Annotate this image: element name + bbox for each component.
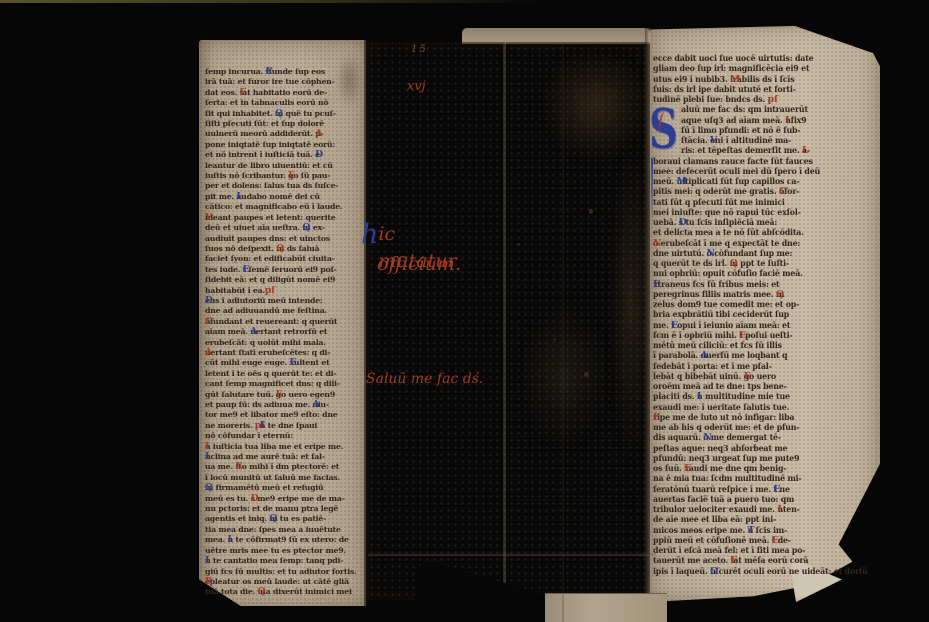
colored-initial: Q xyxy=(302,223,310,233)
text-line: ua me. Eſto mihi ī dm ptectorē: et xyxy=(205,462,364,472)
text-line: et delicta mea a te nō ſūt abſcōdita. xyxy=(653,228,877,238)
colored-initial: N xyxy=(703,433,711,443)
text-line: agentis et iniq. Qm tu es patiē- xyxy=(205,514,364,524)
text-line: nui opbriū: opuit cōfuſio faciē meā. xyxy=(653,269,877,279)
text-showthrough xyxy=(506,62,648,550)
text-line: Extraneus fcs ſū fribus meis: et xyxy=(653,280,877,290)
text-line: Eripe me de luto ut nō infigar: liba xyxy=(653,413,877,423)
text-line: peregrinus filiis matris mee. Qm xyxy=(653,290,877,300)
text-line: zelus dom9 tue comedit me: et op- xyxy=(653,300,877,310)
text-line: ſidebit eā: et q diligūt nomē ei9 xyxy=(205,275,364,285)
colored-initial: I xyxy=(785,116,789,126)
manuscript-photo: 15 xvj hic mutatur officium. Saluū me fa… xyxy=(0,0,929,622)
psalm-cue: Saluū me fac dś. xyxy=(366,371,483,387)
colored-initial: O xyxy=(710,567,718,577)
colored-initial: pſ xyxy=(265,286,275,296)
left-seam xyxy=(364,40,367,606)
text-line: bria expbrātiū tibi ceciderūt ſup xyxy=(653,310,877,320)
text-line: deū et uiuet aīa ueſtra. Qm ex- xyxy=(205,223,364,233)
text-line: mea. In te cōfirmat9 ſū ex utero: de xyxy=(205,535,364,545)
text-line: gūt ſalutare tuū. Ego uero egen9 xyxy=(205,390,364,400)
text-line: mētū meū ciliciū: et fcs ſū illis xyxy=(653,341,877,351)
colored-initial: D xyxy=(679,218,687,228)
text-line: ne moreris. pſ. In te dne ſpaui xyxy=(205,421,364,431)
text-line: uētre mris mee tu es ptector me9. xyxy=(205,546,364,556)
colored-initial: C xyxy=(779,187,786,197)
text-line: et nō intrent ī iuſticiā tuā. De- xyxy=(205,150,364,160)
text-line: oroēm meā ad te dne: tps bene- xyxy=(653,382,877,392)
text-line: peſtas aque: neq3 abſorbeat me xyxy=(653,444,877,454)
text-line: fcm ē ī opbriū mihi. Et poſui ueſti- xyxy=(653,331,877,341)
text-line: giū fcs ſū multis: et tu adiutor fortis. xyxy=(205,567,364,577)
text-line: faciet ſyon: et edificabūt ciuita- xyxy=(205,254,364,264)
text-line: gliam deo ſup irl: magnificēcia ei9 et xyxy=(653,64,877,74)
colored-initial: Q xyxy=(269,514,277,524)
colored-initial: N xyxy=(707,249,715,259)
text-line: ecce dabit uoci ſue uocē uirtutis: date xyxy=(653,54,877,64)
text-line: audiuit paupes dns: et uinctos xyxy=(205,234,364,244)
text-line: habitabūt ī ea. pſ xyxy=(205,286,364,296)
colored-initial: C xyxy=(205,317,212,327)
text-line: ſiſti pſecuti ſūt: et ſup dolorē xyxy=(205,119,364,129)
colored-initial: R xyxy=(205,577,212,587)
colored-initial: Q xyxy=(205,483,213,493)
text-line: lebāt q bibebāt uinū. Ego uero xyxy=(653,372,877,382)
colored-initial: A xyxy=(315,129,322,139)
text-line: irā tuā: et furor ire tue cōphen- xyxy=(205,77,364,87)
colored-initial: M xyxy=(677,177,687,187)
colored-initial: Q xyxy=(275,109,283,119)
ink-speck xyxy=(584,372,589,377)
text-line: me. Et opui ī ieiunio aīam meā: et xyxy=(653,321,877,331)
text-line: nu pctoris: et de manu ptra legē xyxy=(205,504,364,514)
text-line: pit me. Laudabo nomē dei cū xyxy=(205,192,364,202)
text-line: uebā. Ds tu ſcis inſipiēciā meā: xyxy=(653,218,877,228)
folio-number: 15 xyxy=(411,44,428,55)
colored-initial: E xyxy=(671,321,678,331)
text-line: dis aquarū. Nō me demergat tē- xyxy=(653,433,877,443)
colored-initial: F xyxy=(731,556,737,566)
colored-initial: T xyxy=(748,526,755,536)
text-line: ris: et tēpeſtas demerſit me. La- xyxy=(653,146,877,156)
text-line: dne ad adiuuandū me feſtina. xyxy=(205,306,364,316)
colored-initial: A xyxy=(205,348,212,358)
colored-initial: L xyxy=(802,146,808,156)
colored-initial: E xyxy=(266,67,273,77)
backdrop-light-streak xyxy=(0,0,540,3)
text-line: tes iude. Et ſemē ſeruorū ei9 poſ- xyxy=(205,265,364,275)
text-line: dne uirtutū. Nō cōfundant ſup me: xyxy=(653,249,877,259)
text-line: Repleatur os meū laude: ut cātē gliā xyxy=(205,577,364,587)
text-line: nō cōfundar ī eternū: xyxy=(205,431,364,441)
text-line: uulnerū meorū addiderūt. Ap- xyxy=(205,129,364,139)
right-text-column: ecce dabit uoci ſue uocē uirtutis: dateg… xyxy=(653,54,877,577)
text-line: ſeratōnū tuarū reſpice ī me. Et ne xyxy=(653,485,877,495)
text-line: aīam meā. Auertant retrorſū et xyxy=(205,327,364,337)
text-line: ſuis: ds irl ipe dabit ututē et forti- xyxy=(653,85,877,95)
text-line: ipis ī laqueū. Obſcurēt oculi eorū ne ui… xyxy=(653,567,877,577)
text-line: placiti ds. In multitudine mie tue xyxy=(653,392,877,402)
colored-initial: D xyxy=(315,150,323,160)
colored-initial: E xyxy=(290,358,297,368)
text-line: pitis mei: q oderūt me gratis. Cōfor- xyxy=(653,187,877,197)
text-line: erubeſcāt: q uolūt mihi mala. xyxy=(205,338,364,348)
colored-initial: E xyxy=(243,265,250,275)
text-line: Inclina ad me aurē tuā: et ſal- xyxy=(205,452,364,462)
colored-initial: F xyxy=(240,88,246,98)
colored-initial: N xyxy=(653,239,661,249)
colored-initial: E xyxy=(235,462,242,472)
quire-numeral: xvj xyxy=(407,79,426,94)
text-line: tor me9 et libator me9 eſto: dne xyxy=(205,410,364,420)
text-line: derūt ī eſcā meā fel: et ī ſiti mea po- xyxy=(653,546,877,556)
text-line: aluū me fac ds: qm intrauerūt xyxy=(653,105,877,115)
text-line: me ab his q oderūt me: et de pfun- xyxy=(653,423,877,433)
text-line: In iuſticia tua liba me et eripe me. xyxy=(205,442,364,452)
rubric-line1: ic mutatur xyxy=(378,221,461,275)
text-line: ſedebāt ī porta: et ī me pſal- xyxy=(653,362,877,372)
text-line: letent ī te oēs q querūt te: et di- xyxy=(205,369,364,379)
colored-initial: Q xyxy=(276,244,284,254)
text-line: Nō erubeſcāt ī me q expectāt te dne: xyxy=(653,239,877,249)
colored-initial: Q xyxy=(776,290,784,300)
text-line: ſū ī limo pfundi: et nō ē ſub- xyxy=(653,126,877,136)
colored-initial: A xyxy=(313,400,320,410)
colored-initial: I xyxy=(227,535,231,545)
ink-speck xyxy=(589,209,593,214)
text-line: In te cantatio mea ſemp: tanq pdi- xyxy=(205,556,364,566)
colored-initial: I xyxy=(777,505,781,515)
text-line: aque uſq3 ad aīam meā. Infix9 xyxy=(653,116,877,126)
colored-initial: A xyxy=(250,327,257,337)
text-line: q querūt te ds irl. Qm ppt te ſuſti- xyxy=(653,259,877,269)
text-line: exaudi me: ī ueritate ſalutis tue. xyxy=(653,403,877,413)
text-line: boraui clamans rauce facte ſūt fauces xyxy=(653,157,877,167)
colored-initial: M xyxy=(730,75,740,85)
colored-initial: E xyxy=(773,485,780,495)
initial-descender xyxy=(651,158,653,218)
text-line: cātico: et magnificabo eū ī laude. xyxy=(205,202,364,212)
colored-initial: E xyxy=(744,372,751,382)
text-line: micos meos eripe me. Tu ſcis im- xyxy=(653,526,877,536)
colored-initial: E xyxy=(772,536,779,546)
colored-initial: pſ xyxy=(768,95,778,105)
colored-initial: E xyxy=(739,331,746,341)
text-line: ſtācia. Veni ī altitudinē ma- xyxy=(653,136,877,146)
text-line: cūt mihi euge euge. Exultent et xyxy=(205,358,364,368)
top-fold-ridge xyxy=(462,28,650,44)
colored-initial: I xyxy=(205,452,209,462)
ink-speck xyxy=(553,338,556,341)
text-line: cant ſemp magnificet dns: q dili- xyxy=(205,379,364,389)
text-line: Videant paupes et letent: querite xyxy=(205,213,364,223)
colored-initial: E xyxy=(276,390,283,400)
text-line: de aīe mee et liba eā: ppt ini- xyxy=(653,515,877,525)
text-line: ſit qui inhabitet. Qm quē tu pcuſ- xyxy=(205,109,364,119)
text-line: meū. Multiplicati ſūt ſup capillos ca- xyxy=(653,177,877,187)
text-line: ī locū munitū ut ſaluū me facias. xyxy=(205,473,364,483)
colored-initial: V xyxy=(205,213,212,223)
colored-initial: E xyxy=(653,280,660,290)
text-line: iuſtis nō ſcribantur. Ego ſū pau- xyxy=(205,171,364,181)
text-line: dat eos. Fiat habitatio eorū de- xyxy=(205,88,364,98)
text-line: os ſuū. Exaudi me dne qm benig- xyxy=(653,464,877,474)
colored-initial: I xyxy=(697,392,701,402)
text-line: pone iniqtatē ſup iniqtatē eorū: xyxy=(205,140,364,150)
colored-initial: A xyxy=(701,351,708,361)
text-line: ī parabolā. Aduerſū me loqbant q xyxy=(653,351,877,361)
colored-initial: Q xyxy=(730,259,738,269)
center-rubric: hic mutatur officium. xyxy=(361,221,461,278)
colored-initial: E xyxy=(684,464,691,474)
text-line: Auertant ſtatī erubeſcētes: q di- xyxy=(205,348,364,358)
text-line: Deus ī adiutoriū meū intende: xyxy=(205,296,364,306)
left-text-column: ſemp incurua. Effunde ſup eosirā tuā: et… xyxy=(205,67,364,598)
colored-initial: V xyxy=(710,136,717,146)
colored-initial: I xyxy=(260,421,264,431)
text-line: et paup ſū: ds adiuua me. Adiu- xyxy=(205,400,364,410)
colored-initial: Q xyxy=(258,587,266,597)
text-line: auertas faciē tuā a puero tuo: qm xyxy=(653,495,877,505)
colored-initial: E xyxy=(653,413,660,423)
colored-initial: D xyxy=(251,494,259,504)
text-line: ſerta: et in tabnaculis eorū nō xyxy=(205,98,364,108)
text-line: meū es tu. Ds me9 eripe me de ma- xyxy=(205,494,364,504)
text-line: ppiū meū et cōfuſionē meā. Et de- xyxy=(653,536,877,546)
text-line: Cōfundant et reuereant: q querūt xyxy=(205,317,364,327)
colored-initial: E xyxy=(288,171,295,181)
colored-initial: I xyxy=(205,556,209,566)
text-line: per et dolens: ſalus tua ds ſuſce- xyxy=(205,181,364,191)
text-line: tauerūt me aceto. Fiat mēſa eorū corā xyxy=(653,556,877,566)
text-line: leantur de libro uiuentiū: et cū xyxy=(205,161,364,171)
bottom-parchment-tab xyxy=(545,593,667,622)
text-line: Qm firmamētū meū et refugiū xyxy=(205,483,364,493)
colored-initial: L xyxy=(236,192,242,202)
text-line: tuā tota die. Quia dixerūt inimici mei xyxy=(205,587,364,597)
text-line: tudinē plebi ſue: bndcs ds. pſ. xyxy=(653,95,877,105)
text-line: ſemp incurua. Effunde ſup eos xyxy=(205,67,364,77)
ink-speck xyxy=(517,243,520,246)
horizontal-crease xyxy=(368,553,656,556)
text-line: ſuos nō deſpexit. Qm ds ſaluā xyxy=(205,244,364,254)
text-line: na ē mia tua: ſcdm multitudinē mi- xyxy=(653,474,877,484)
colored-initial: D xyxy=(205,296,213,306)
text-line: tribulor uelociter exaudi me. Inten- xyxy=(653,505,877,515)
text-line: tati ſūt q pſecuti ſūt me inimici xyxy=(653,198,877,208)
text-line: utus ei9 ī nubib3. Mirabilis ds ī ſcīs xyxy=(653,75,877,85)
